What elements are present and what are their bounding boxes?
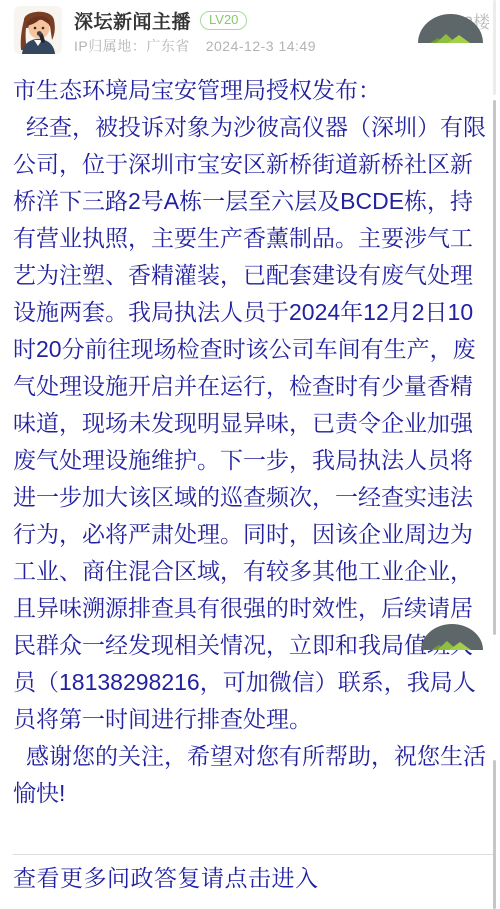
body-paragraph: 感谢您的关注，希望对您有所帮助，祝您生活愉快! [13,738,489,812]
forum-post-page: 深坛新闻主播 LV20 IP归属地：广东省2024-12-3 14:49 2楼 … [0,0,500,909]
user-avatar[interactable] [14,6,62,54]
post-timestamp: 2024-12-3 14:49 [206,38,316,54]
mountain-dome-icon [421,624,483,650]
scrollbar-thumb[interactable] [493,760,496,909]
more-replies-link[interactable]: 查看更多问政答复请点击进入 [13,861,319,895]
name-row: 深坛新闻主播 LV20 [74,8,247,32]
post-meta: IP归属地：广东省2024-12-3 14:49 [74,36,316,56]
footer-divider [13,854,494,855]
ip-location-label: IP归属地：广东省 [74,38,190,54]
username[interactable]: 深坛新闻主播 [74,7,191,34]
level-badge: LV20 [200,11,247,30]
post-body: 市生态环境局宝安管理局授权发布：经查，被投诉对象为沙彼高仪器（深圳）有限公司，位… [13,72,489,812]
scrollbar-track [493,0,496,95]
mountain-dome-icon [418,14,483,43]
scrollbar-thumb[interactable] [493,100,496,635]
news-anchor-avatar-icon [14,6,62,54]
body-paragraph: 市生态环境局宝安管理局授权发布： [13,72,489,109]
body-paragraph: 经查，被投诉对象为沙彼高仪器（深圳）有限公司，位于深圳市宝安区新桥街道新桥社区新… [13,109,489,738]
